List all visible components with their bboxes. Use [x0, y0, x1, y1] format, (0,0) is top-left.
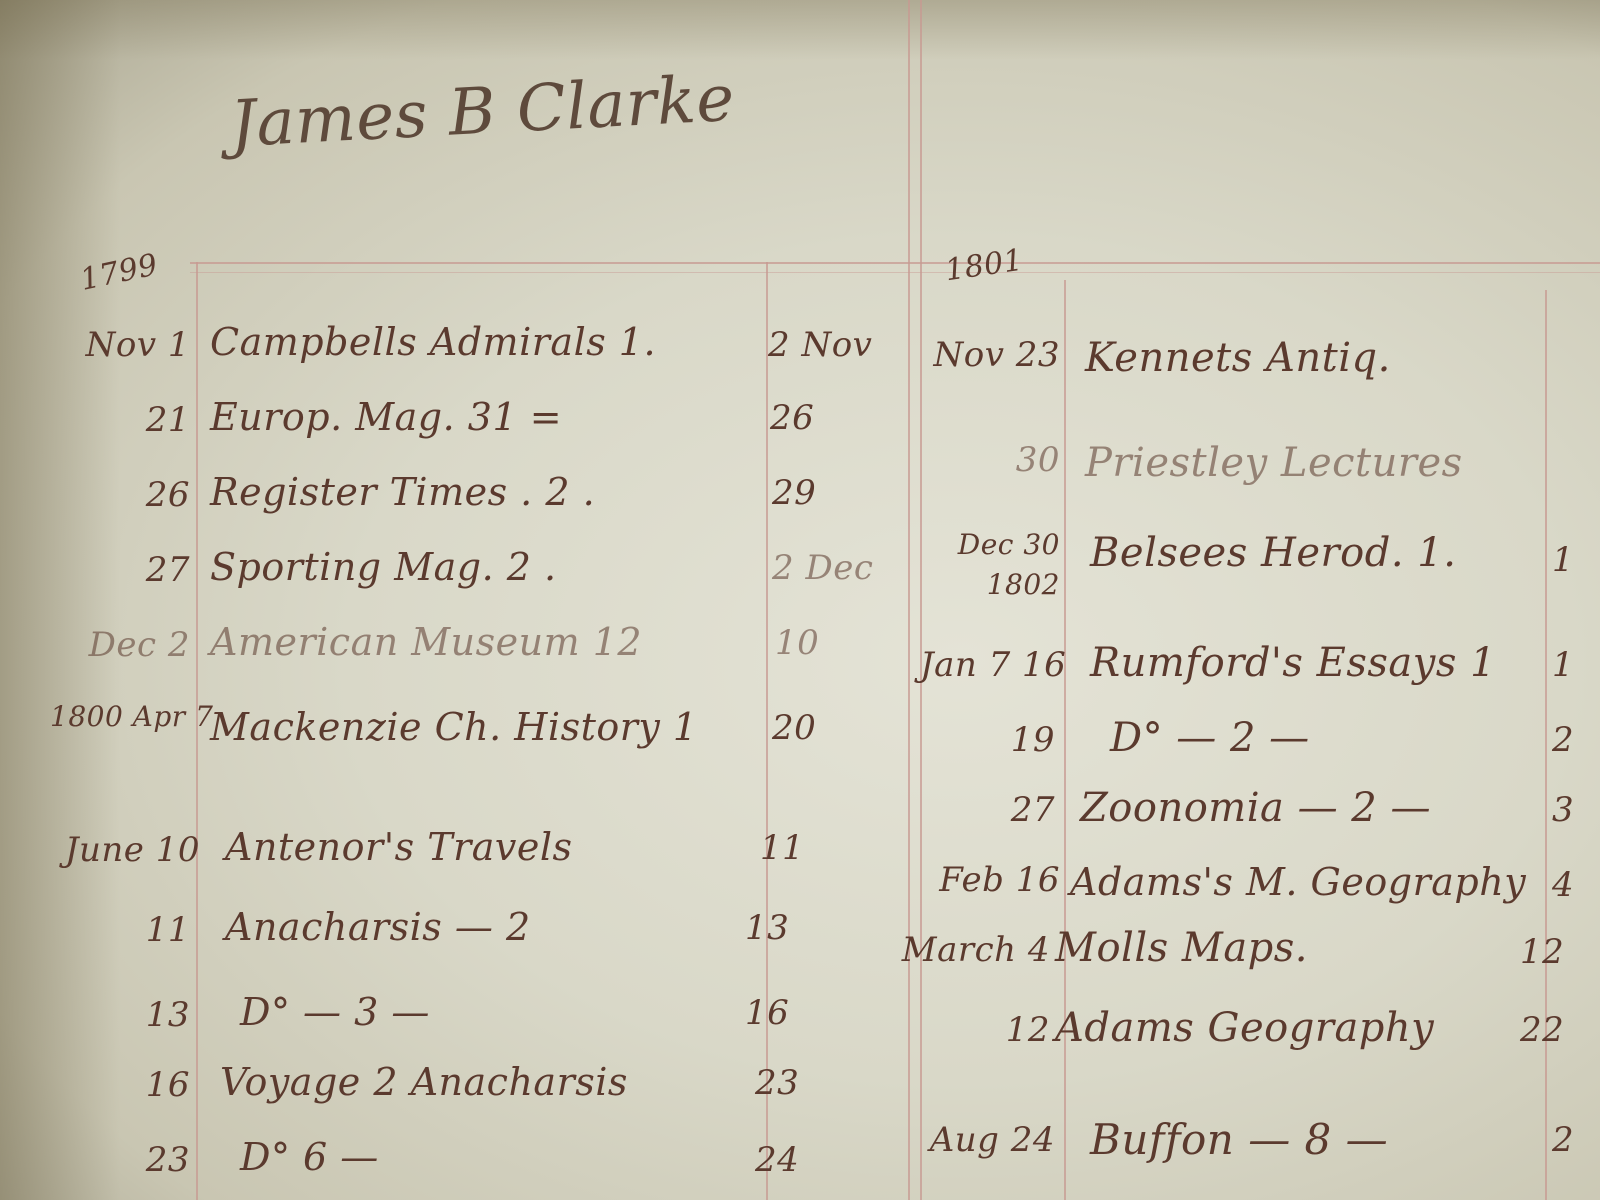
entry-date: Jan 7 16 [920, 645, 1060, 685]
entry-date: Nov 23 [925, 335, 1060, 375]
entry-title: Anacharsis — 2 [225, 905, 531, 949]
entry-returned: 29 [772, 473, 816, 513]
entry-returned: 1 [1552, 540, 1574, 580]
entry-date: Aug 24 [915, 1120, 1055, 1160]
entry-title: Sporting Mag. 2 . [210, 545, 557, 589]
entry-returned: 26 [770, 398, 814, 438]
left-amount-rule [766, 262, 768, 1200]
entry-returned: 12 [1520, 932, 1564, 972]
entry-title: Molls Maps. [1055, 925, 1308, 971]
entry-title: Adams's M. Geography [1070, 860, 1526, 904]
entry-title: Zoonomia — 2 — [1080, 785, 1431, 831]
entry-returned: 4 [1552, 865, 1574, 905]
right-amount-rule [1545, 290, 1547, 1200]
entry-returned: 20 [772, 708, 816, 748]
entry-date: June 10 [60, 830, 200, 870]
entry-title: D° — 2 — [1110, 715, 1310, 761]
entry-title: Mackenzie Ch. History 1 [210, 705, 698, 749]
entry-date: Nov 1 [60, 325, 190, 365]
ledger-page: James B Clarke 1799 Nov 1 Campbells Admi… [0, 0, 1600, 1200]
right-year-header: 1801 [943, 243, 1025, 289]
right-date-margin [1064, 280, 1066, 1200]
entry-date: 16 [60, 1065, 190, 1105]
entry-returned: 2 Dec [772, 548, 873, 588]
entry-returned: 10 [775, 623, 819, 663]
entry-date: March 4 [890, 930, 1050, 970]
entry-returned: 24 [755, 1140, 799, 1180]
entry-title: Register Times . 2 . [210, 470, 595, 514]
entry-title: Europ. Mag. 31 = [210, 395, 562, 439]
entry-date: 23 [60, 1140, 190, 1180]
entry-date: 21 [60, 400, 190, 440]
entry-date: 13 [60, 995, 190, 1035]
entry-returned: 22 [1520, 1010, 1564, 1050]
center-rule-a [908, 0, 910, 1200]
entry-date: Feb 16 [915, 860, 1060, 900]
entry-date: 27 [920, 790, 1055, 830]
entry-title: D° — 3 — [240, 990, 430, 1034]
header-rule [190, 262, 1600, 264]
entry-title: D° 6 — [240, 1135, 379, 1179]
entry-title: Campbells Admirals 1. [210, 320, 656, 364]
header-rule-2 [190, 272, 1600, 273]
entry-returned: 2 [1552, 1120, 1574, 1160]
entry-title: Adams Geography [1055, 1005, 1434, 1051]
page-shadow-top [0, 0, 1600, 60]
entry-returned: 11 [760, 828, 804, 868]
entry-title: Priestley Lectures [1085, 440, 1463, 486]
entry-returned: 2 Nov [768, 325, 872, 365]
entry-title: Kennets Antiq. [1085, 335, 1391, 381]
entry-title: Voyage 2 Anacharsis [220, 1060, 628, 1104]
entry-returned: 1 [1552, 645, 1574, 685]
entry-title: Belsees Herod. 1. [1090, 530, 1456, 576]
entry-title: American Museum 12 [210, 620, 642, 664]
entry-date: 26 [60, 475, 190, 515]
entry-returned: 13 [745, 908, 789, 948]
entry-title: Buffon — 8 — [1090, 1115, 1388, 1164]
ledger-owner-name: James B Clarke [228, 62, 736, 162]
entry-date: 12 [920, 1010, 1050, 1050]
entry-returned: 3 [1552, 790, 1574, 830]
entry-date: 27 [60, 550, 190, 590]
entry-title: Antenor's Travels [225, 825, 573, 869]
entry-date: Dec 2 [60, 625, 190, 665]
entry-date: 1800 Apr 7 [50, 700, 190, 733]
entry-date: Dec 30 1802 [920, 525, 1060, 605]
entry-returned: 23 [755, 1063, 799, 1103]
entry-returned: 16 [745, 993, 789, 1033]
entry-title: Rumford's Essays 1 [1090, 640, 1496, 686]
entry-date: 11 [60, 910, 190, 950]
entry-returned: 2 [1552, 720, 1574, 760]
entry-date: 30 [925, 440, 1060, 480]
entry-date: 19 [920, 720, 1055, 760]
